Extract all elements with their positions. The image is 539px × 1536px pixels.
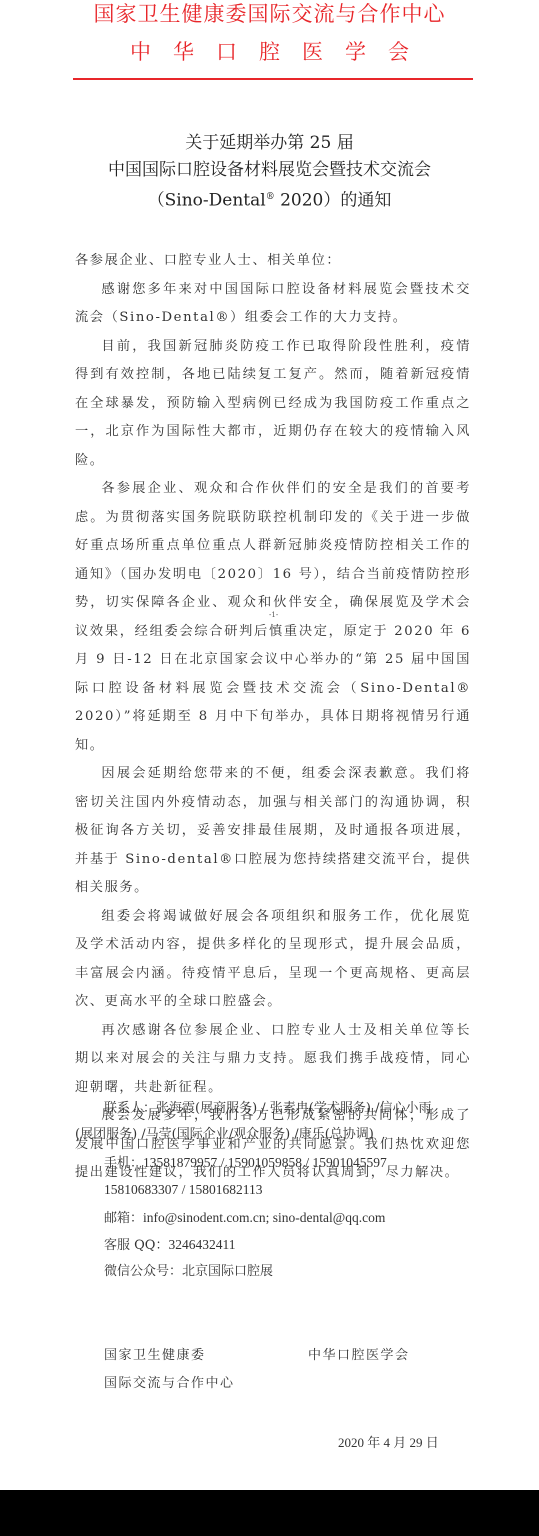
signature-left-line1: 国家卫生健康委 — [104, 1342, 235, 1370]
letterhead-org-1: 国家卫生健康委国际交流与合作中心 — [0, 0, 539, 28]
title-line-3: （Sino-Dental® 2020）的通知 — [0, 184, 539, 215]
signature-left: 国家卫生健康委 国际交流与合作中心 — [104, 1342, 235, 1398]
qq-value: 3246432411 — [168, 1237, 235, 1252]
bottom-black-bar — [0, 1490, 539, 1536]
page-marker: -1- — [269, 611, 278, 619]
signature-left-line2: 国际交流与合作中心 — [104, 1370, 235, 1398]
paragraph-thanks: 感谢您多年来对中国国际口腔设备材料展览会暨技术交流会（Sino-Dental®）… — [75, 276, 471, 333]
title-line-3-suffix: 2020）的通知 — [275, 191, 392, 211]
email-value: info@sinodent.com.cn; sino-dental@qq.com — [143, 1210, 385, 1225]
contact-email: 邮箱：info@sinodent.com.cn; sino-dental@qq.… — [104, 1205, 524, 1232]
email-label: 邮箱： — [104, 1211, 143, 1226]
contact-people-names: 张海霞(展商服务) / 张素冉(学术服务) /信心小雨 — [156, 1101, 431, 1116]
paragraph-gratitude: 再次感谢各位参展企业、口腔专业人士及相关单位等长期以来对展会的关注与鼎力支持。愿… — [75, 1017, 471, 1103]
phone-numbers-1: 13581879957 / 15901059858 / 15901045597 — [143, 1155, 387, 1170]
phone-numbers-2: 15810683307 / 15801682113 — [104, 1177, 524, 1203]
letterhead-org-2: 中华口腔医学会 — [0, 38, 539, 66]
qq-label: 客服 QQ： — [104, 1238, 168, 1253]
contact-phones: 手机：13581879957 / 15901059858 / 159010455… — [75, 1150, 524, 1203]
issue-date: 2020 年 4 月 29 日 — [338, 1432, 439, 1451]
wechat-label: 微信公众号： — [104, 1264, 182, 1279]
contact-people-label: 联系人： — [104, 1101, 156, 1116]
title-line-2: 中国国际口腔设备材料展览会暨技术交流会 — [0, 157, 539, 184]
contact-people: 联系人：张海霞(展商服务) / 张素冉(学术服务) /信心小雨 (展团服务) /… — [75, 1096, 495, 1148]
phone-label: 手机： — [104, 1156, 143, 1171]
notice-title: 关于延期举办第 25 届 中国国际口腔设备材料展览会暨技术交流会 （Sino-D… — [0, 130, 539, 215]
signature-right-line1: 中华口腔医学会 — [308, 1342, 410, 1370]
contact-misc: 邮箱：info@sinodent.com.cn; sino-dental@qq.… — [75, 1205, 524, 1285]
signature-right: 中华口腔医学会 — [308, 1342, 410, 1370]
letterhead-divider — [73, 78, 473, 80]
paragraph-commitment: 组委会将竭诚做好展会各项组织和服务工作，优化展览及学术活动内容，提供多样化的呈现… — [75, 903, 471, 1017]
contact-wechat: 微信公众号：北京国际口腔展 — [104, 1259, 524, 1285]
paragraph-situation: 目前，我国新冠肺炎防疫工作已取得阶段性胜利，疫情得到有效控制，各地已陆续复工复产… — [75, 333, 471, 476]
wechat-value: 北京国际口腔展 — [182, 1264, 273, 1279]
contact-people-line2: (展团服务) /马莹(国际企业/观众服务) /康乐(总协调) — [75, 1122, 495, 1148]
contact-phone-line1: 手机：13581879957 / 15901059858 / 159010455… — [104, 1150, 524, 1177]
document-page: 国家卫生健康委国际交流与合作中心 中华口腔医学会 关于延期举办第 25 届 中国… — [0, 0, 539, 1490]
contact-people-line1: 联系人：张海霞(展商服务) / 张素冉(学术服务) /信心小雨 — [75, 1096, 495, 1122]
paragraph-apology: 因展会延期给您带来的不便，组委会深表歉意。我们将密切关注国内外疫情动态，加强与相… — [75, 760, 471, 903]
title-line-3-prefix: （Sino-Dental — [148, 191, 266, 211]
registered-mark: ® — [266, 192, 275, 202]
contact-qq: 客服 QQ：3246432411 — [104, 1232, 524, 1259]
notice-body: 各参展企业、口腔专业人士、相关单位： 感谢您多年来对中国国际口腔设备材料展览会暨… — [75, 247, 471, 1188]
salutation: 各参展企业、口腔专业人士、相关单位： — [75, 247, 471, 276]
title-line-1: 关于延期举办第 25 届 — [0, 130, 539, 157]
